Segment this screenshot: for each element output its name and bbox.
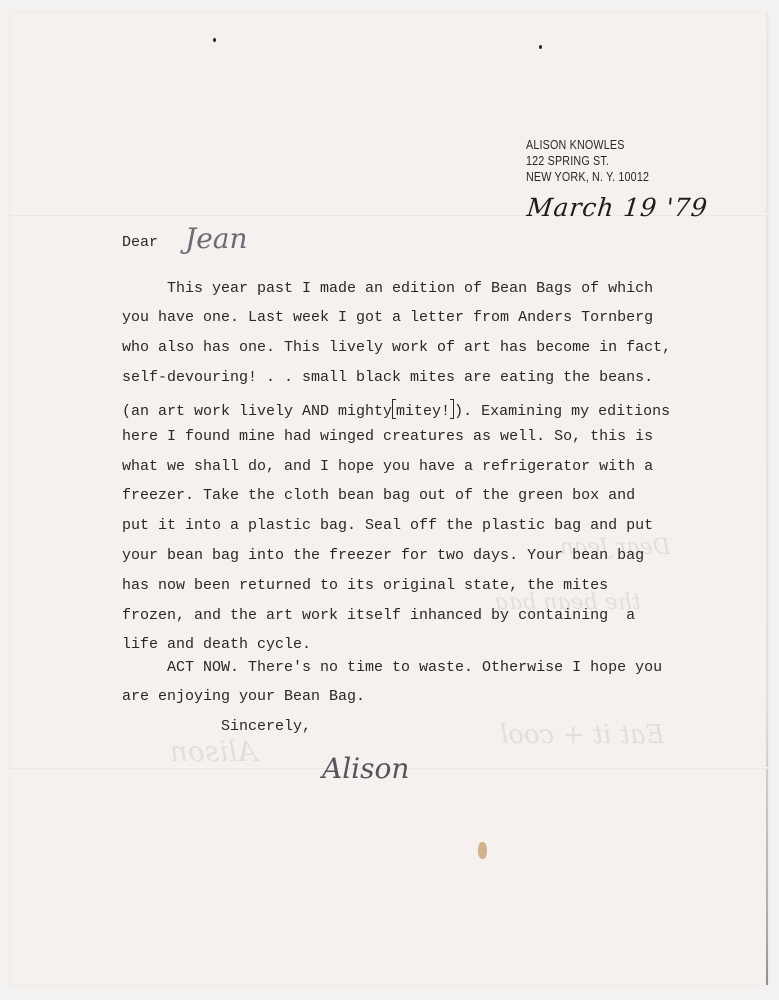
body-line: This year past I made an edition of Bean… xyxy=(122,280,653,298)
sender-name: ALISON KNOWLES xyxy=(526,137,649,153)
salutation-typed: Dear xyxy=(122,234,158,252)
sender-street: 122 SPRING ST. xyxy=(526,153,649,169)
signature: Alison xyxy=(322,752,409,785)
body-line: what we shall do, and I hope you have a … xyxy=(122,458,653,476)
body-line: are enjoying your Bean Bag. xyxy=(122,688,365,706)
body-line: your bean bag into the freezer for two d… xyxy=(122,547,644,565)
ink-speck xyxy=(213,38,216,42)
bleed-through-text: Eat it + cool xyxy=(500,720,664,750)
body-line: freezer. Take the cloth bean bag out of … xyxy=(122,487,635,505)
body-line: life and death cycle. xyxy=(122,636,311,654)
body-line: has now been returned to its original st… xyxy=(122,577,608,595)
body-line: you have one. Last week I got a letter f… xyxy=(122,309,653,327)
body-line: self-devouring! . . small black mites ar… xyxy=(122,369,653,387)
closing: Sincerely, xyxy=(221,718,311,736)
salutation-handwritten-name: Jean xyxy=(185,222,248,255)
sender-city: NEW YORK, N. Y. 10012 xyxy=(526,169,649,185)
body-line: put it into a plastic bag. Seal off the … xyxy=(122,517,653,535)
inserted-word: mitey! xyxy=(396,403,450,420)
ink-speck xyxy=(539,45,542,49)
paper-stain xyxy=(478,842,487,859)
bleed-through-text: Alison xyxy=(170,735,257,768)
body-line: ACT NOW. There's no time to waste. Other… xyxy=(122,659,662,677)
body-line: here I found mine had winged creatures a… xyxy=(122,428,653,446)
body-line: who also has one. This lively work of ar… xyxy=(122,339,671,357)
handwritten-date: March 19 '79 xyxy=(525,193,709,222)
paper-edge xyxy=(766,13,768,985)
letterhead: ALISON KNOWLES 122 SPRING ST. NEW YORK, … xyxy=(526,137,649,185)
body-line: frozen, and the art work itself inhanced… xyxy=(122,607,635,625)
body-line: (an art work lively AND mightymitey!). E… xyxy=(122,399,670,421)
